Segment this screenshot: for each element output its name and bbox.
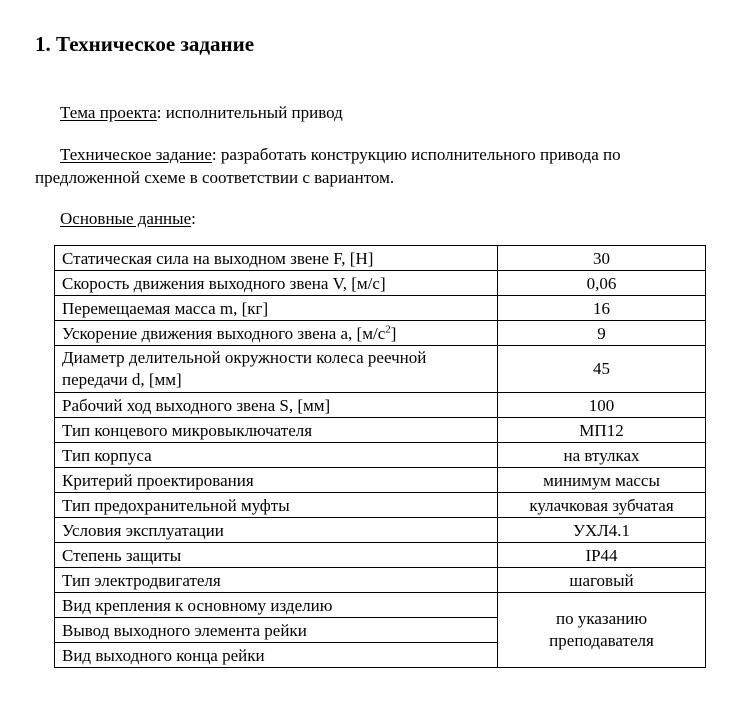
row-label: Статическая сила на выходном звене F, [Н… — [55, 246, 498, 271]
row-label: Ускорение движения выходного звена a, [м… — [55, 321, 498, 346]
row-label: Рабочий ход выходного звена S, [мм] — [55, 393, 498, 418]
merged-value-cell: по указанию преподавателя — [498, 593, 706, 668]
table-row: Тип предохранительной муфты кулачковая з… — [55, 493, 706, 518]
row-label-end: ] — [391, 324, 397, 343]
technical-task-label: Техническое задание — [60, 145, 212, 164]
row-label: Скорость движения выходного звена V, [м/… — [55, 271, 498, 296]
row-value: 16 — [498, 296, 706, 321]
table-row: Критерий проектирования минимум массы — [55, 468, 706, 493]
row-label: Тип электродвигателя — [55, 568, 498, 593]
row-label: Вывод выходного элемента рейки — [55, 618, 498, 643]
technical-task-paragraph: Техническое задание: разработать констру… — [35, 143, 655, 189]
row-value: 9 — [498, 321, 706, 346]
table-row: Ускорение движения выходного звена a, [м… — [55, 321, 706, 346]
row-label: Вид крепления к основному изделию — [55, 593, 498, 618]
row-value: 30 — [498, 246, 706, 271]
row-label: Тип корпуса — [55, 443, 498, 468]
table-row: Статическая сила на выходном звене F, [Н… — [55, 246, 706, 271]
row-label: Степень защиты — [55, 543, 498, 568]
table-row: Перемещаемая масса m, [кг] 16 — [55, 296, 706, 321]
table-row: Рабочий ход выходного звена S, [мм] 100 — [55, 393, 706, 418]
table-row: Скорость движения выходного звена V, [м/… — [55, 271, 706, 296]
table-row: Условия эксплуатации УХЛ4.1 — [55, 518, 706, 543]
table-row: Вид крепления к основному изделию по ука… — [55, 593, 706, 618]
project-theme-separator: : — [157, 103, 166, 122]
table-row: Диаметр делительной окружности колеса ре… — [55, 346, 706, 393]
row-value: 45 — [498, 346, 706, 393]
row-value: IP44 — [498, 543, 706, 568]
basic-data-label: Основные данные — [60, 209, 191, 228]
row-value: кулачковая зубчатая — [498, 493, 706, 518]
row-value: минимум массы — [498, 468, 706, 493]
row-label: Перемещаемая масса m, [кг] — [55, 296, 498, 321]
row-label: Тип концевого микровыключателя — [55, 418, 498, 443]
row-value: 0,06 — [498, 271, 706, 296]
table-row: Степень защиты IP44 — [55, 543, 706, 568]
project-theme-label: Тема проекта — [60, 103, 157, 122]
section-heading: 1. Техническое задание — [35, 30, 254, 58]
row-value: шаговый — [498, 568, 706, 593]
row-label: Диаметр делительной окружности колеса ре… — [55, 346, 498, 393]
specification-table: Статическая сила на выходном звене F, [Н… — [54, 245, 706, 668]
table-row: Тип электродвигателя шаговый — [55, 568, 706, 593]
row-value: 100 — [498, 393, 706, 418]
table-row: Тип концевого микровыключателя МП12 — [55, 418, 706, 443]
technical-task-separator: : — [212, 145, 221, 164]
table-row: Тип корпуса на втулках — [55, 443, 706, 468]
basic-data-separator: : — [191, 209, 196, 228]
row-value: МП12 — [498, 418, 706, 443]
row-label: Вид выходного конца рейки — [55, 643, 498, 668]
basic-data-paragraph: Основные данные: — [35, 207, 655, 230]
row-label-text: Ускорение движения выходного звена a, [м… — [62, 324, 385, 343]
row-label: Критерий проектирования — [55, 468, 498, 493]
row-label: Тип предохранительной муфты — [55, 493, 498, 518]
row-value: на втулках — [498, 443, 706, 468]
project-theme-text: исполнительный привод — [166, 103, 343, 122]
row-value: УХЛ4.1 — [498, 518, 706, 543]
row-label: Условия эксплуатации — [55, 518, 498, 543]
project-theme-paragraph: Тема проекта: исполнительный привод — [35, 101, 655, 124]
